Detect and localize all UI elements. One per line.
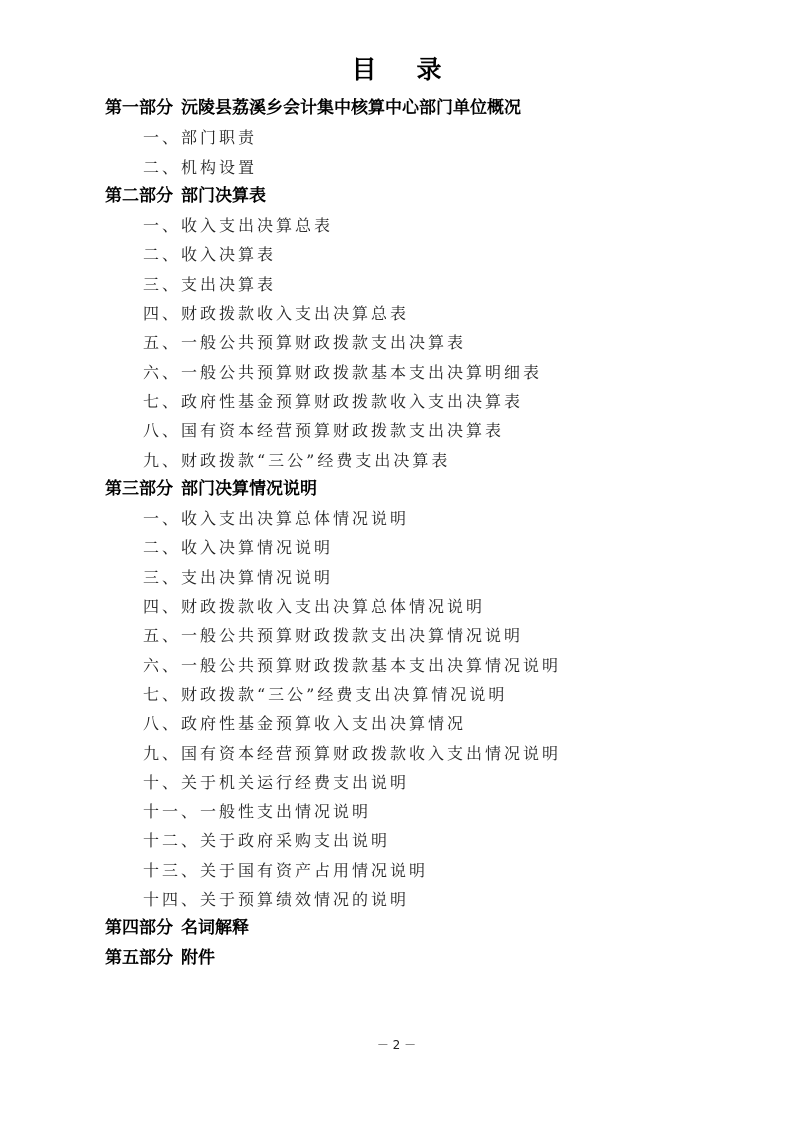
toc-part-3[interactable]: 第三部分部门决算情况说明: [105, 475, 705, 504]
toc-item[interactable]: 十二、关于政府采购支出说明: [105, 826, 705, 855]
toc-item[interactable]: 六、一般公共预算财政拨款基本支出决算情况说明: [105, 651, 705, 680]
toc-part-5[interactable]: 第五部分附件: [105, 944, 705, 973]
title-char-1: 目: [351, 55, 376, 84]
toc-item[interactable]: 二、机构设置: [105, 153, 705, 182]
table-of-contents: 第一部分沅陵县荔溪乡会计集中核算中心部门单位概况 一、部门职责 二、机构设置 第…: [105, 94, 705, 973]
part-number: 第五部分: [105, 948, 173, 968]
toc-item[interactable]: 八、政府性基金预算收入支出决算情况: [105, 709, 705, 738]
toc-item[interactable]: 十、关于机关运行经费支出说明: [105, 768, 705, 797]
toc-item[interactable]: 七、政府性基金预算财政拨款收入支出决算表: [105, 387, 705, 416]
toc-item[interactable]: 四、财政拨款收入支出决算总体情况说明: [105, 592, 705, 621]
toc-part-4[interactable]: 第四部分名词解释: [105, 914, 705, 943]
toc-item[interactable]: 二、收入决算情况说明: [105, 533, 705, 562]
part-number: 第四部分: [105, 918, 173, 938]
toc-item[interactable]: 九、财政拨款“三公”经费支出决算表: [105, 446, 705, 475]
toc-part-1[interactable]: 第一部分沅陵县荔溪乡会计集中核算中心部门单位概况: [105, 94, 705, 123]
toc-item[interactable]: 一、收入支出决算总表: [105, 211, 705, 240]
page-number: － 2 －: [0, 1036, 793, 1053]
part-number: 第一部分: [105, 98, 173, 118]
toc-item[interactable]: 六、一般公共预算财政拨款基本支出决算明细表: [105, 358, 705, 387]
toc-item[interactable]: 九、国有资本经营预算财政拨款收入支出情况说明: [105, 739, 705, 768]
part-number: 第二部分: [105, 186, 173, 206]
part-title: 名词解释: [181, 918, 249, 938]
title-char-2: 录: [417, 55, 442, 84]
toc-item[interactable]: 一、收入支出决算总体情况说明: [105, 504, 705, 533]
toc-item[interactable]: 五、一般公共预算财政拨款支出决算表: [105, 328, 705, 357]
toc-item[interactable]: 十四、关于预算绩效情况的说明: [105, 885, 705, 914]
toc-part-2[interactable]: 第二部分部门决算表: [105, 182, 705, 211]
toc-item[interactable]: 十三、关于国有资产占用情况说明: [105, 856, 705, 885]
toc-item[interactable]: 三、支出决算表: [105, 270, 705, 299]
part-number: 第三部分: [105, 479, 173, 499]
toc-item[interactable]: 五、一般公共预算财政拨款支出决算情况说明: [105, 621, 705, 650]
toc-item[interactable]: 七、财政拨款“三公”经费支出决算情况说明: [105, 680, 705, 709]
toc-item[interactable]: 十一、一般性支出情况说明: [105, 797, 705, 826]
part-title: 附件: [181, 948, 215, 968]
part-title: 部门决算表: [181, 186, 266, 206]
part-title: 部门决算情况说明: [181, 479, 317, 499]
toc-item[interactable]: 三、支出决算情况说明: [105, 563, 705, 592]
toc-item[interactable]: 二、收入决算表: [105, 240, 705, 269]
part-title: 沅陵县荔溪乡会计集中核算中心部门单位概况: [181, 98, 521, 118]
toc-item[interactable]: 四、财政拨款收入支出决算总表: [105, 299, 705, 328]
page-title: 目录: [0, 52, 793, 88]
toc-item[interactable]: 八、国有资本经营预算财政拨款支出决算表: [105, 416, 705, 445]
toc-item[interactable]: 一、部门职责: [105, 123, 705, 152]
